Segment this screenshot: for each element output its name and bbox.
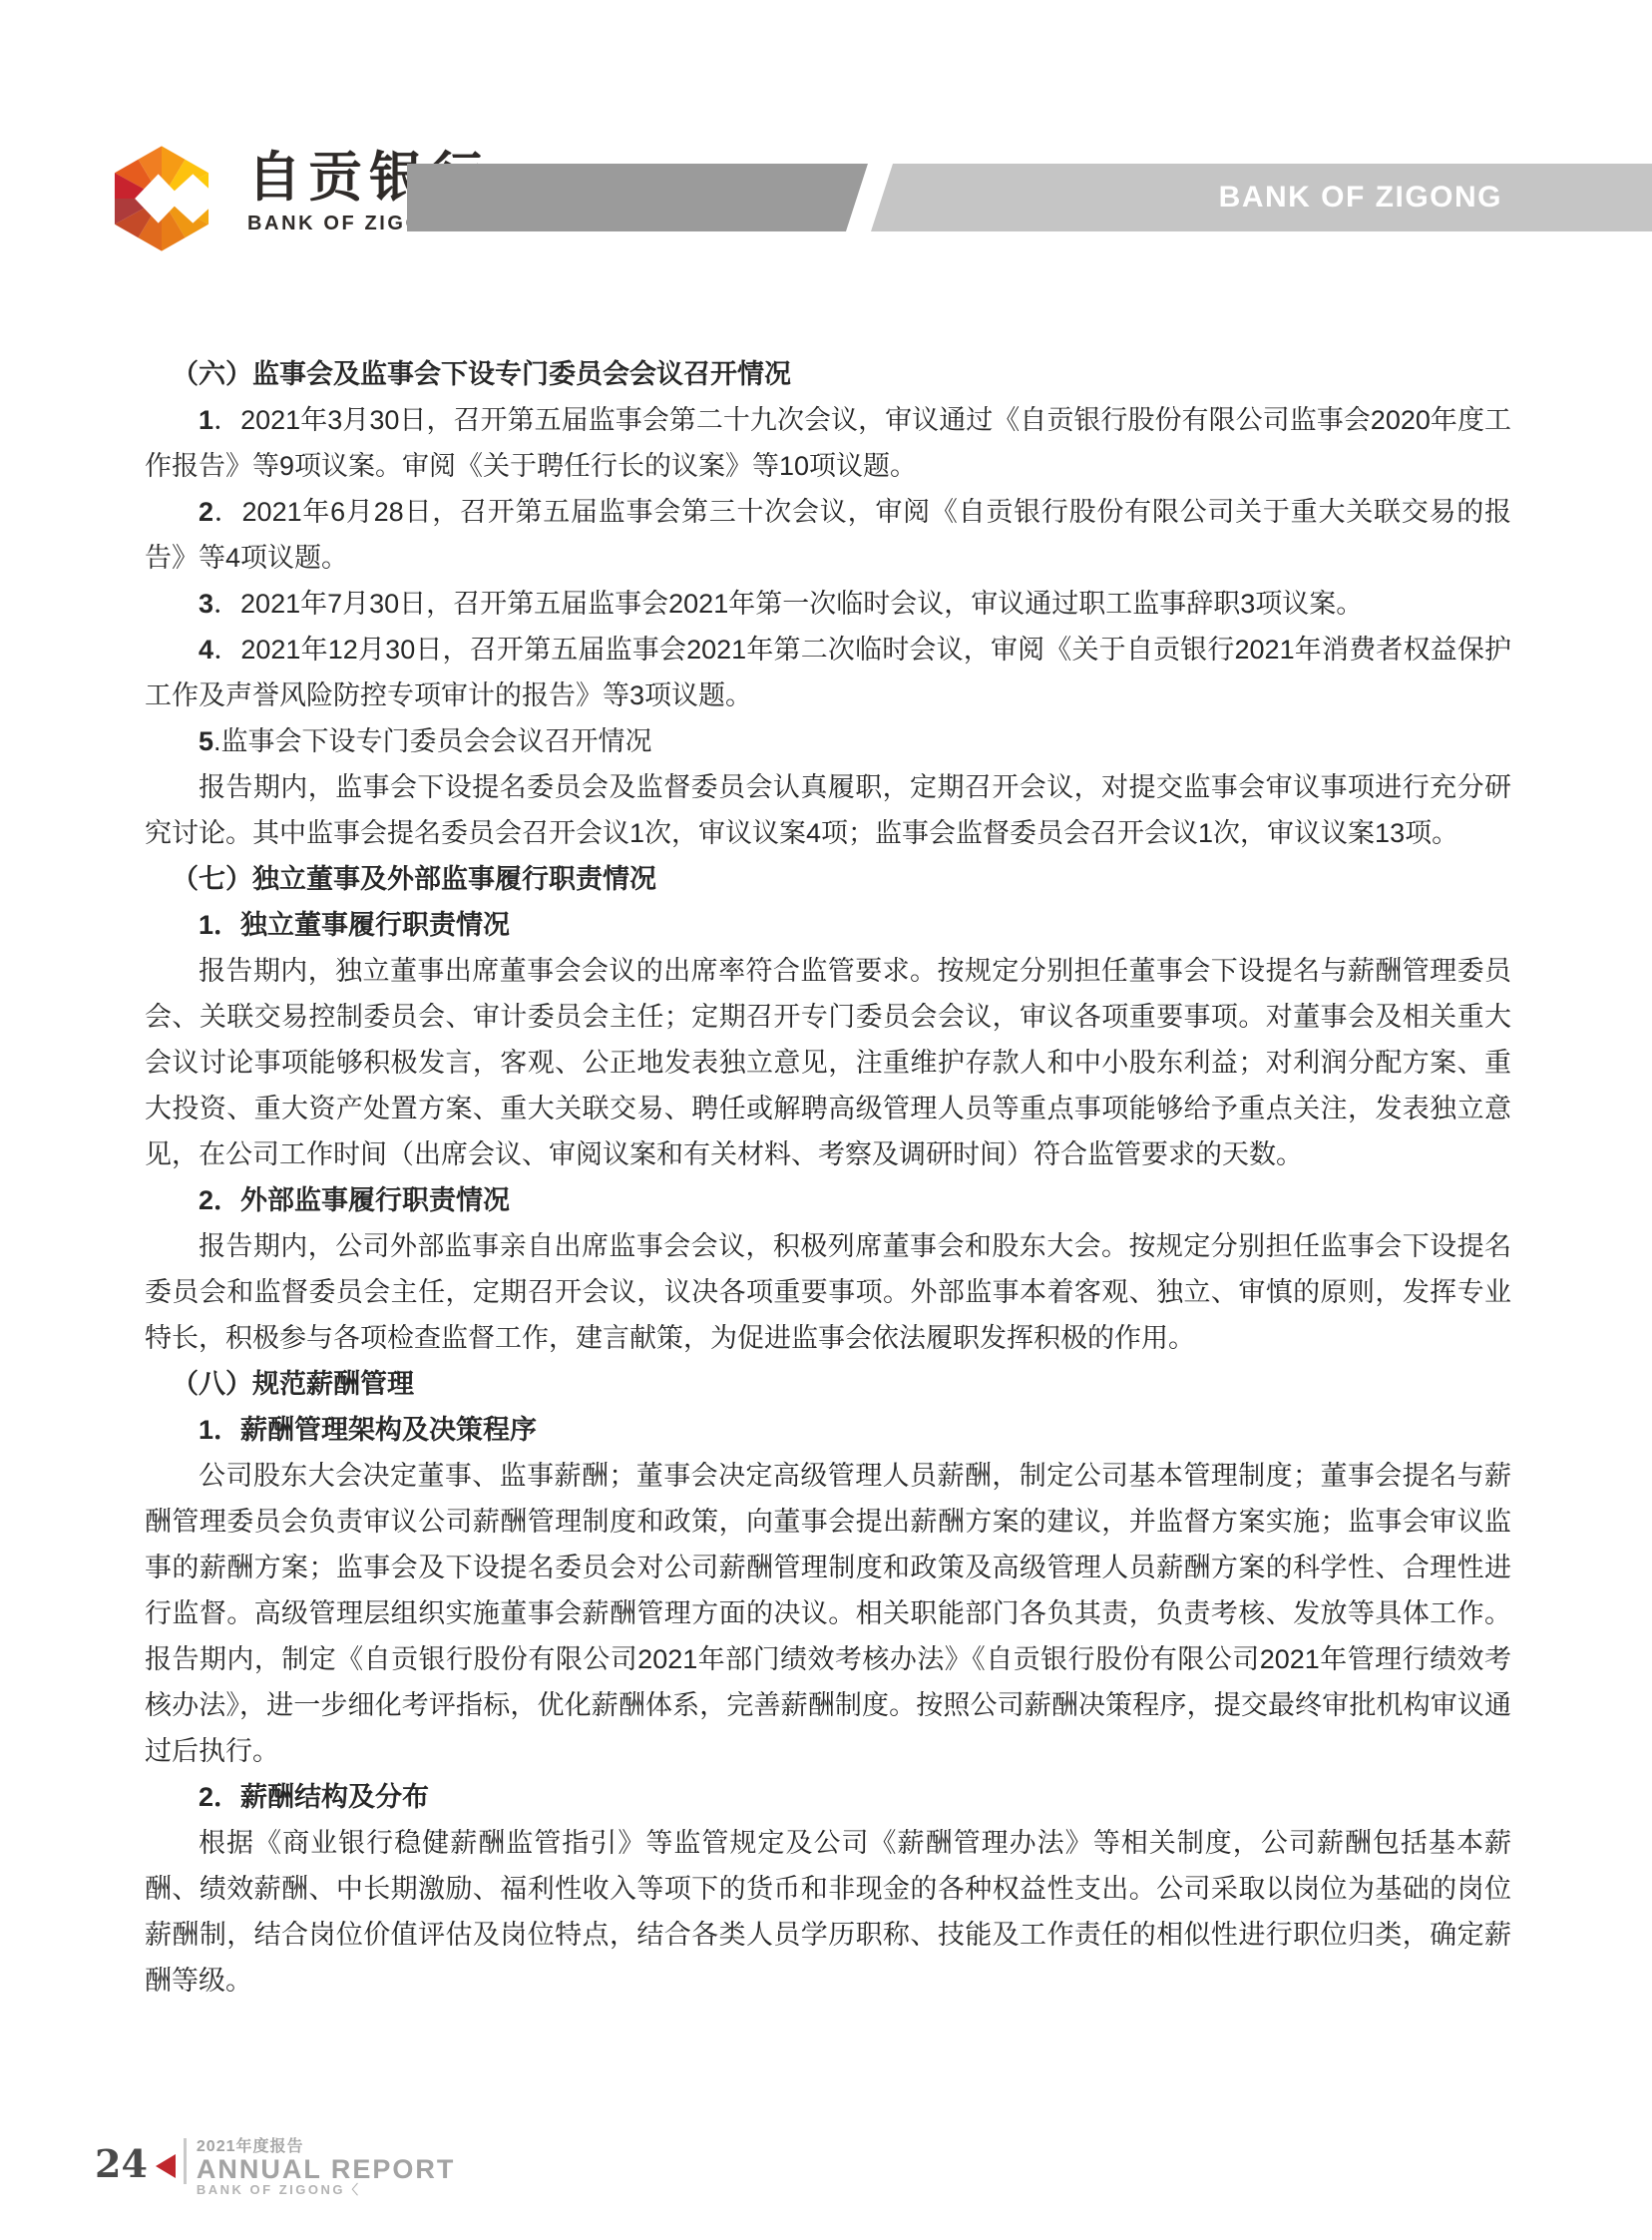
list-item: 2．2021年6月28日，召开第五届监事会第三十次会议，审阅《自贡银行股份有限公… [145,489,1511,581]
section-heading: （八）规范薪酬管理 [145,1361,1511,1407]
list-item: 1．2021年3月30日，召开第五届监事会第二十九次会议，审议通过《自贡银行股份… [145,397,1511,489]
document-body: （六）监事会及监事会下设专门委员会会议召开情况 1．2021年3月30日，召开第… [145,351,1511,2004]
paragraph: 公司股东大会决定董事、监事薪酬；董事会决定高级管理人员薪酬，制定公司基本管理制度… [145,1453,1511,1774]
paragraph: 报告期内，监事会下设提名委员会及监督委员会认真履职，定期召开会议，对提交监事会审… [145,764,1511,856]
page-number: 24 [95,2142,148,2186]
list-item: 5.监事会下设专门委员会会议召开情况 [145,718,1511,764]
sub-heading: 1．独立董事履行职责情况 [145,902,1511,948]
section-heading: （七）独立董事及外部监事履行职责情况 [145,856,1511,902]
bank-logo-icon [98,143,225,254]
paragraph: 报告期内，公司外部监事亲自出席监事会会议，积极列席董事会和股东大会。按规定分别担… [145,1223,1511,1361]
list-item: 3．2021年7月30日，召开第五届监事会2021年第一次临时会议，审议通过职工… [145,581,1511,627]
page-footer: 24 2021年度报告 ANNUAL REPORT BANK OF ZIGONG… [95,2138,455,2197]
list-item: 4．2021年12月30日，召开第五届监事会2021年第二次临时会议，审阅《关于… [145,627,1511,718]
footer-titles: 2021年度报告 ANNUAL REPORT BANK OF ZIGONG〈 [197,2138,456,2197]
paragraph: 报告期内，独立董事出席董事会会议的出席率符合监管要求。按规定分别担任董事会下设提… [145,948,1511,1177]
header-banner: BANK OF ZIGONG [407,164,1652,231]
report-title-en: ANNUAL REPORT [197,2155,456,2183]
footer-divider [184,2138,187,2184]
sub-heading: 2．薪酬结构及分布 [145,1774,1511,1820]
footer-bank-name: BANK OF ZIGONG〈 [197,2183,456,2197]
red-triangle-icon [156,2154,176,2178]
report-page: 自贡银行 BANK OF ZIGONG BANK OF ZIGONG （六）监事… [0,0,1652,2240]
report-title-cn: 2021年度报告 [197,2138,456,2155]
sub-heading: 1．薪酬管理架构及决策程序 [145,1407,1511,1453]
section-heading: （六）监事会及监事会下设专门委员会会议召开情况 [145,351,1511,397]
paragraph: 根据《商业银行稳健薪酬监管指引》等监管规定及公司《薪酬管理办法》等相关制度，公司… [145,1820,1511,2004]
banner-bank-name: BANK OF ZIGONG [1219,181,1502,215]
sub-heading: 2．外部监事履行职责情况 [145,1177,1511,1223]
